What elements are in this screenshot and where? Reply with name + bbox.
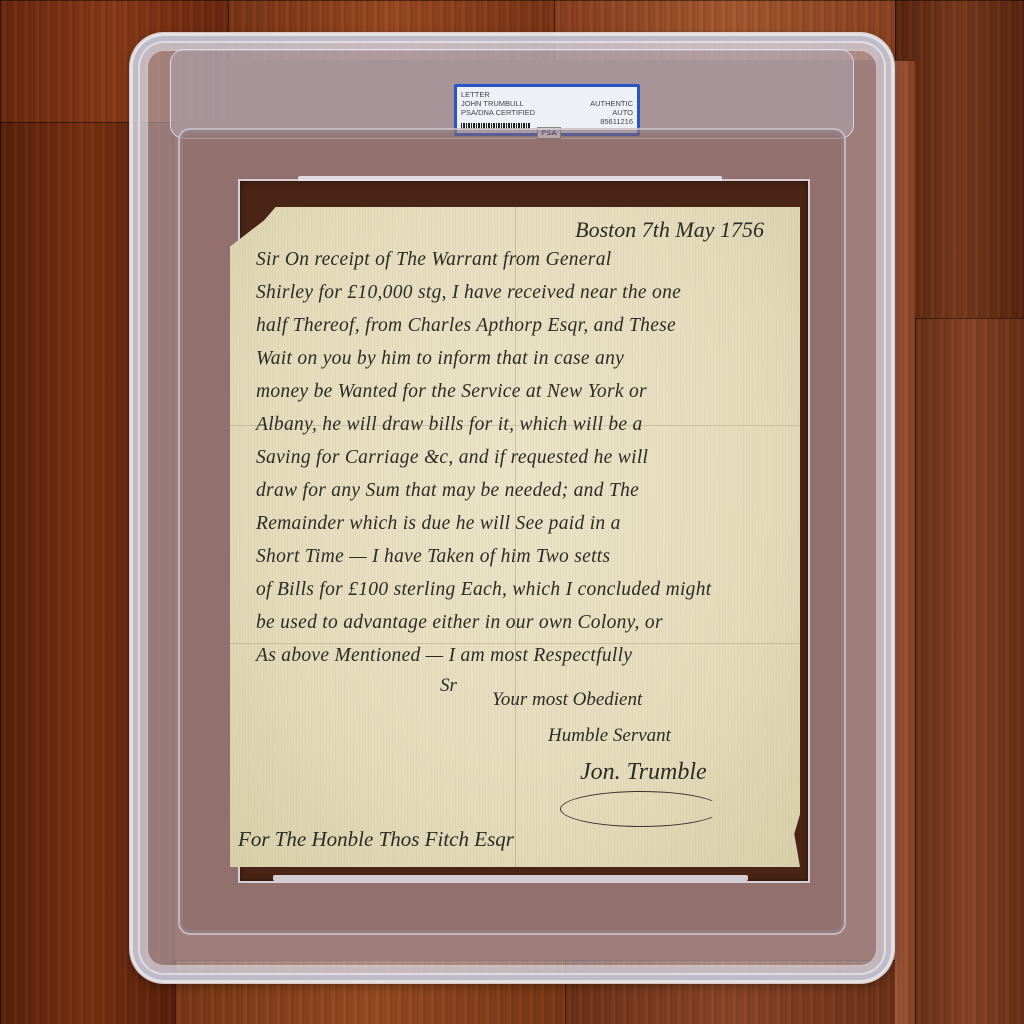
- label-left-text: LETTER JOHN TRUMBULL PSA/DNA CERTIFIED: [461, 90, 535, 117]
- letter-line: As above Mentioned — I am most Respectfu…: [256, 645, 632, 667]
- wood-plank: [915, 318, 1024, 1024]
- handwritten-letter: Boston 7th May 1756 Sir On receipt of Th…: [230, 207, 800, 867]
- letter-line: draw for any Sum that may be needed; and…: [256, 480, 639, 502]
- signature: Jon. Trumble: [580, 759, 707, 786]
- letter-line: Short Time — I have Taken of him Two set…: [256, 546, 610, 568]
- label-well: LETTER JOHN TRUMBULL PSA/DNA CERTIFIED A…: [170, 49, 854, 139]
- label-grade: AUTHENTIC: [590, 99, 633, 108]
- label-auto: AUTO: [590, 108, 633, 117]
- holder-rail: [273, 875, 748, 881]
- letter-line: Shirley for £10,000 stg, I have received…: [256, 282, 681, 304]
- label-right-text: AUTHENTIC AUTO 85611216: [590, 99, 633, 126]
- closing-line: Your most Obedient: [492, 689, 642, 711]
- letter-line: money be Wanted for the Service at New Y…: [256, 381, 647, 403]
- letter-line: Sir On receipt of The Warrant from Gener…: [256, 249, 611, 271]
- letter-line: Albany, he will draw bills for it, which…: [256, 414, 643, 436]
- closing-line: Humble Servant: [548, 725, 671, 747]
- letter-line: half Thereof, from Charles Apthorp Esqr,…: [256, 315, 676, 337]
- label-cert-number: 85611216: [590, 117, 633, 126]
- label-subject-name: JOHN TRUMBULL: [461, 99, 535, 108]
- letter-line: Wait on you by him to inform that in cas…: [256, 348, 624, 370]
- psa-slab-holder: LETTER JOHN TRUMBULL PSA/DNA CERTIFIED A…: [130, 33, 894, 983]
- paper-fold: [515, 207, 516, 867]
- letter-line: Saving for Carriage &c, and if requested…: [256, 447, 648, 469]
- letter-date: Boston 7th May 1756: [575, 217, 764, 243]
- closing-salutation: Sr: [440, 675, 457, 697]
- label-certification: PSA/DNA CERTIFIED: [461, 108, 535, 117]
- letter-line: of Bills for £100 sterling Each, which I…: [256, 579, 712, 601]
- signature-flourish: [560, 791, 722, 827]
- paper-fold: [230, 643, 800, 644]
- letter-line: be used to advantage either in our own C…: [256, 612, 663, 634]
- recipient-address: For The Honble Thos Fitch Esqr: [238, 827, 514, 852]
- label-item-type: LETTER: [461, 90, 535, 99]
- letter-line: Remainder which is due he will See paid …: [256, 513, 621, 535]
